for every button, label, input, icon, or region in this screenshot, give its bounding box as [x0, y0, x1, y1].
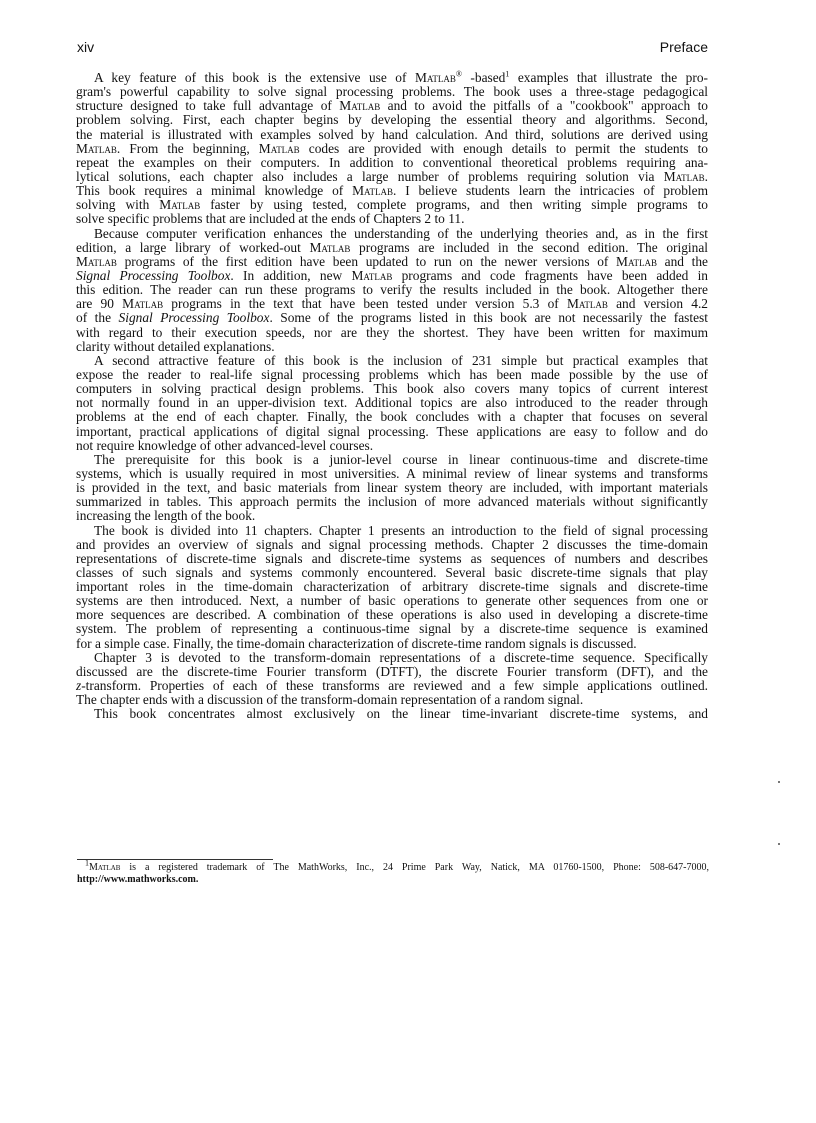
text-line: The book is divided into 11 chapters. Ch… [76, 524, 708, 538]
text-line: Signal Processing Toolbox. In addition, … [76, 269, 708, 283]
text-line: computers in solving practical design pr… [76, 382, 708, 396]
text-line: The chapter ends with a discussion of th… [76, 693, 708, 707]
text-line: system. The problem of representing a co… [76, 622, 708, 636]
text-line: are 90 Matlab programs in the text that … [76, 297, 708, 311]
text-line: representations of discrete-time signals… [76, 552, 708, 566]
paragraph: The prerequisite for this book is a juni… [76, 453, 708, 524]
text-line: solve specific problems that are include… [76, 212, 708, 226]
paragraph: Because computer verification enhances t… [76, 227, 708, 354]
text-line: expose the reader to real-life signal pr… [76, 368, 708, 382]
text-line: important roles in the time-domain chara… [76, 580, 708, 594]
text-line: problem solving. First, each chapter beg… [76, 113, 708, 127]
page-number: xiv [77, 39, 94, 55]
text-line: is provided in the text, and basic mater… [76, 481, 708, 495]
text-line: A second attractive feature of this book… [76, 354, 708, 368]
text-line: discussed are the discrete-time Fourier … [76, 665, 708, 679]
text-line: classes of such signals and systems comm… [76, 566, 708, 580]
text-line: Matlab programs of the first edition hav… [76, 255, 708, 269]
text-line: more sequences are described. A combinat… [76, 608, 708, 622]
text-line: Chapter 3 is devoted to the transform-do… [76, 651, 708, 665]
scan-artifact [778, 843, 780, 845]
footnote-line: http://www.mathworks.com. [77, 874, 709, 886]
text-line: systems, which is usually required in mo… [76, 467, 708, 481]
running-header-title: Preface [660, 39, 708, 55]
text-line: This book requires a minimal knowledge o… [76, 184, 708, 198]
text-line: lytical solutions, each chapter also inc… [76, 170, 708, 184]
text-line: systems are then introduced. Next, a num… [76, 594, 708, 608]
footnote-rule [77, 859, 273, 860]
paragraph: The book is divided into 11 chapters. Ch… [76, 524, 708, 651]
text-line: Matlab. From the beginning, Matlab codes… [76, 142, 708, 156]
paragraph: Chapter 3 is devoted to the transform-do… [76, 651, 708, 708]
text-line: The prerequisite for this book is a juni… [76, 453, 708, 467]
text-line: Because computer verification enhances t… [76, 227, 708, 241]
text-line: repeat the examples on their computers. … [76, 156, 708, 170]
text-line: gram's powerful capability to solve sign… [76, 85, 708, 99]
text-line: This book concentrates almost exclusivel… [76, 707, 708, 721]
text-line: increasing the length of the book. [76, 509, 708, 523]
text-line: with regard to their execution speeds, n… [76, 326, 708, 340]
text-line: and provides an overview of signals and … [76, 538, 708, 552]
text-line: this edition. The reader can run these p… [76, 283, 708, 297]
text-line: summarized in tables. This approach perm… [76, 495, 708, 509]
text-line: edition, a large library of worked-out M… [76, 241, 708, 255]
text-line: of the Signal Processing Toolbox. Some o… [76, 311, 708, 325]
footnote-line: 1Matlab is a registered trademark of The… [77, 862, 709, 874]
text-line: not require knowledge of other advanced-… [76, 439, 708, 453]
page-body: A key feature of this book is the extens… [76, 71, 708, 721]
text-line: important, practical applications of dig… [76, 425, 708, 439]
text-line: A key feature of this book is the extens… [76, 71, 708, 85]
paragraph: A second attractive feature of this book… [76, 354, 708, 453]
footnote: 1Matlab is a registered trademark of The… [77, 862, 709, 886]
text-line: not normally found in an upper-division … [76, 396, 708, 410]
text-line: the material is illustrated with example… [76, 128, 708, 142]
text-line: clarity without detailed explanations. [76, 340, 708, 354]
text-line: structure designed to take full advantag… [76, 99, 708, 113]
scan-artifact [778, 781, 780, 783]
paragraph: This book concentrates almost exclusivel… [76, 707, 708, 721]
paragraph: A key feature of this book is the extens… [76, 71, 708, 227]
text-line: for a simple case. Finally, the time-dom… [76, 637, 708, 651]
text-line: problems at the end of each chapter. Fin… [76, 410, 708, 424]
text-line: z-transform. Properties of each of these… [76, 679, 708, 693]
text-line: solving with Matlab faster by using test… [76, 198, 708, 212]
